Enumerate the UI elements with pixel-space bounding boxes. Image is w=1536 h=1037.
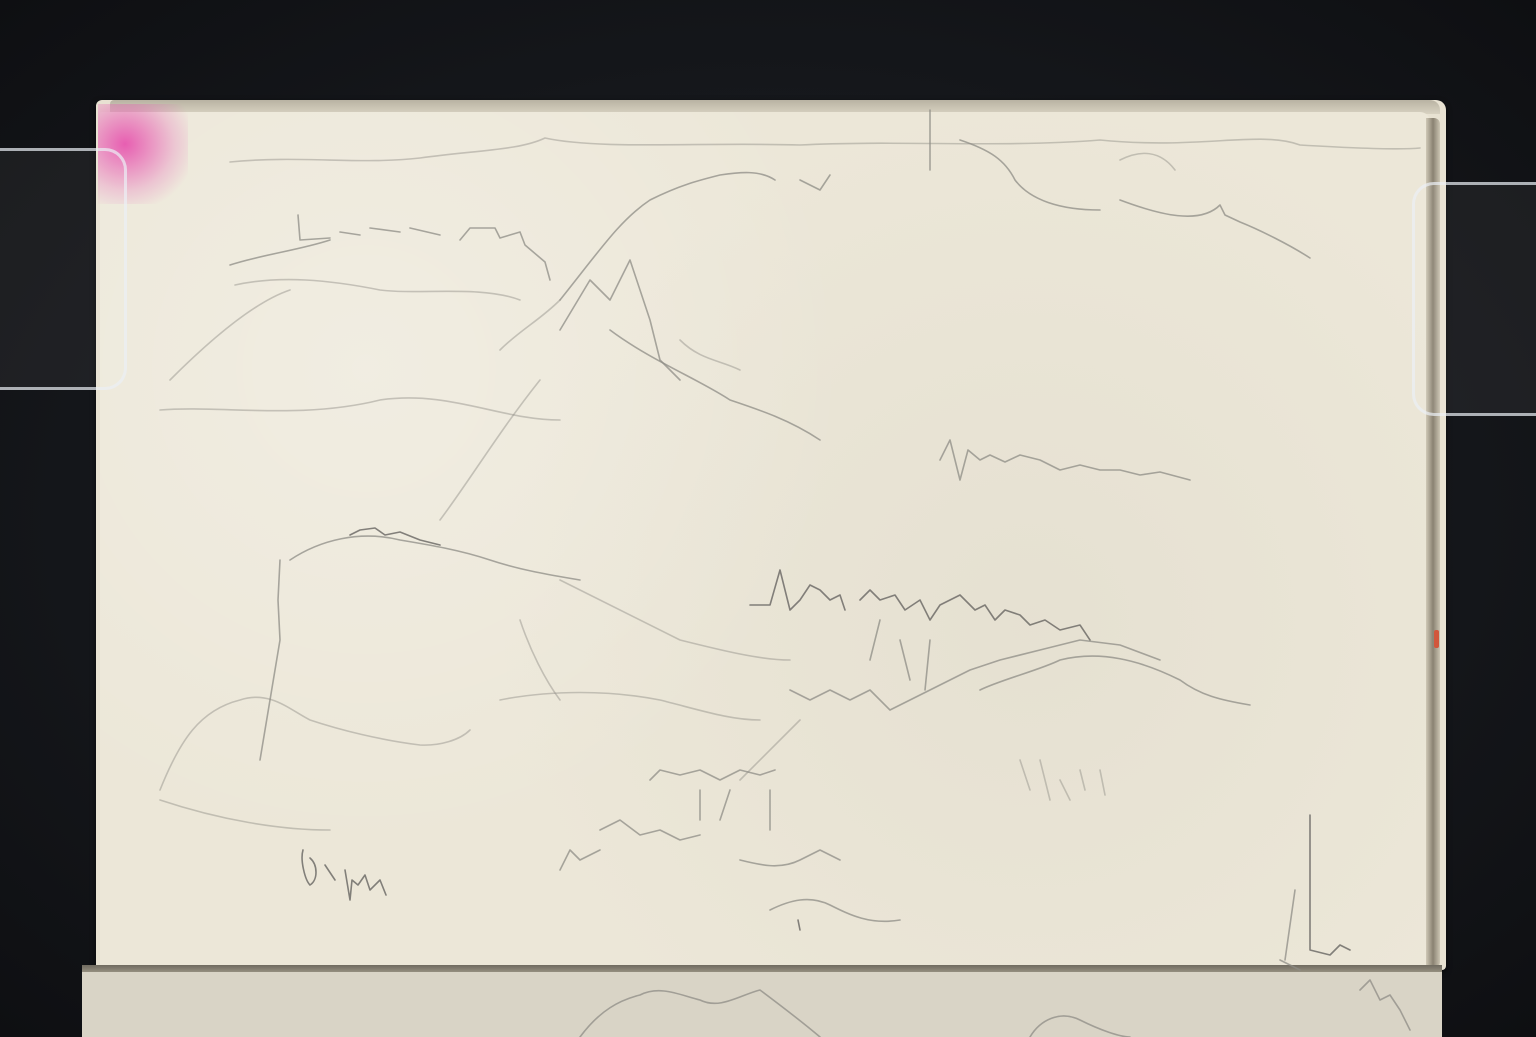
clear-clip-left xyxy=(0,148,127,390)
pencil-sketch xyxy=(0,0,1536,1037)
clear-clip-right xyxy=(1412,182,1536,416)
